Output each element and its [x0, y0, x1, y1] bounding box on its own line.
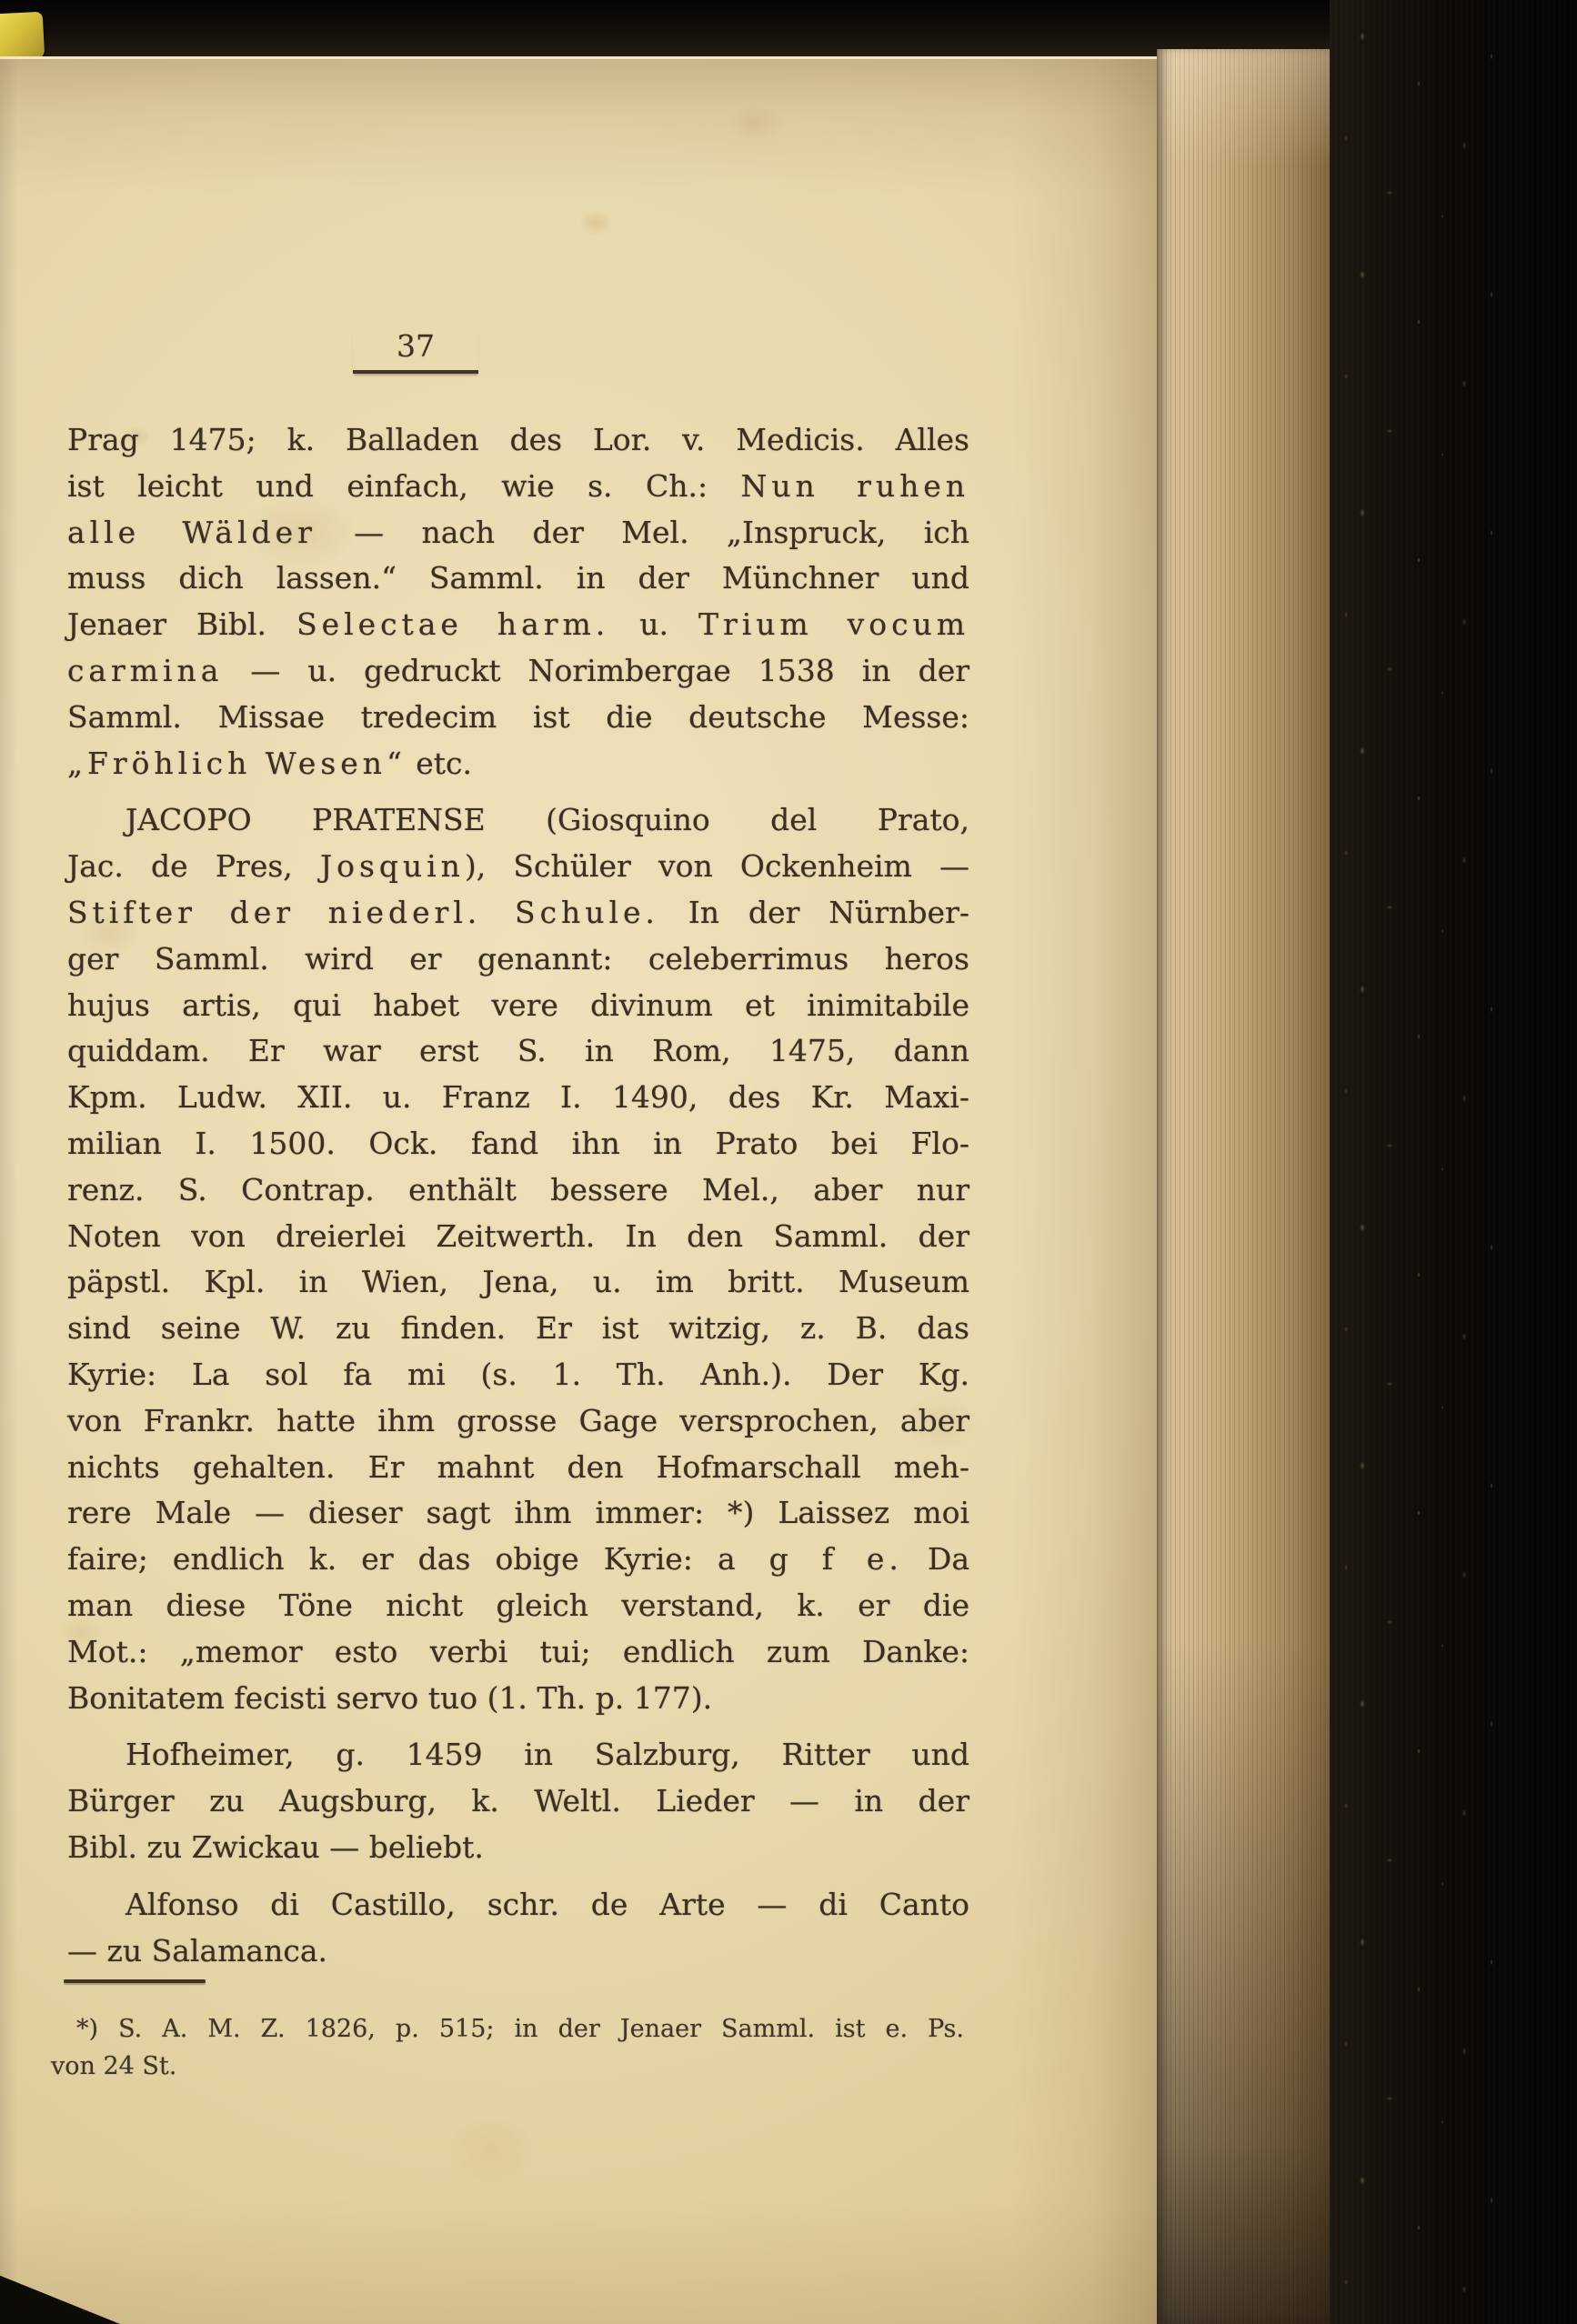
text-line: JACOPO PRATENSE (Giosquino del Prato,: [67, 797, 969, 844]
text-line: Jenaer Bibl. Selectae harm. u. Trium voc…: [67, 602, 969, 648]
letterspaced-text: Trium vocum: [698, 606, 969, 642]
text-line: Jac. de Pres, Josquin), Schüler von Ocke…: [67, 844, 969, 890]
text-line: quiddam. Er war erst S. in Rom, 1475, da…: [67, 1028, 969, 1075]
yellow-bookmark: [0, 12, 45, 62]
text-line: carmina — u. gedruckt Norimbergae 1538 i…: [67, 648, 969, 695]
text-segment: renz. S. Contrap. enthält bessere Mel., …: [67, 1172, 969, 1207]
letterspaced-text: Josquin: [320, 848, 465, 884]
text-segment: milian I. 1500. Ock. fand ihn in Prato b…: [67, 1126, 969, 1161]
text-segment: rere Male — dieser sagt ihm immer: *) La…: [67, 1495, 969, 1530]
letterspaced-text: Stifter der niederl. Schule.: [67, 895, 659, 930]
text-segment: von Frankr. hatte ihm grosse Gage verspr…: [67, 1403, 969, 1438]
text-segment: Bibl. zu Zwickau — beliebt.: [67, 1829, 484, 1865]
text-line: alle Wälder — nach der Mel. „Inspruck, i…: [67, 510, 969, 556]
text-line: Kpm. Ludw. XII. u. Franz I. 1490, des Kr…: [67, 1075, 969, 1121]
text-line: hujus artis, qui habet vere divinum et i…: [67, 983, 969, 1029]
text-line: Stifter der niederl. Schule. In der Nürn…: [67, 890, 969, 937]
text-segment: — zu Salamanca.: [67, 1933, 327, 1968]
text-segment: hujus artis, qui habet vere divinum et i…: [67, 987, 969, 1023]
text-segment: Kyrie: La sol fa mi (s. 1. Th. Anh.). De…: [67, 1357, 969, 1392]
text-line: Hofheimer, g. 1459 in Salzburg, Ritter u…: [67, 1732, 969, 1778]
text-block: Prag 1475; k. Balladen des Lor. v. Medic…: [67, 417, 969, 1974]
text-segment: — u. gedruckt Norimbergae 1538 in der: [223, 653, 969, 688]
text-segment: Bonitatem fecisti servo tuo (1. Th. p. 1…: [67, 1680, 712, 1716]
text-segment: Noten von dreierlei Zeitwerth. In den Sa…: [67, 1218, 969, 1254]
text-segment: JACOPO PRATENSE (Giosquino del Prato,: [126, 802, 969, 837]
letterspaced-text: carmina: [67, 653, 223, 688]
text-segment: In der Nürnber-: [659, 895, 969, 930]
letterspaced-text: Nun ruhen: [741, 468, 969, 504]
text-segment: Jac. de Pres,: [67, 848, 320, 884]
paragraph: Alfonso di Castillo, schr. de Arte — di …: [67, 1882, 969, 1975]
text-line: renz. S. Contrap. enthält bessere Mel., …: [67, 1167, 969, 1214]
text-segment: man diese Töne nicht gleich verstand, k.…: [67, 1588, 969, 1623]
text-segment: Prag 1475; k. Balladen des Lor. v. Medic…: [67, 422, 969, 457]
text-line: rere Male — dieser sagt ihm immer: *) La…: [67, 1490, 969, 1537]
text-line: muss dich lassen.“ Samml. in der Münchne…: [67, 556, 969, 602]
letterspaced-text: a g f e.: [718, 1541, 903, 1577]
paragraph: Prag 1475; k. Balladen des Lor. v. Medic…: [67, 417, 969, 786]
text-segment: u.: [609, 606, 698, 642]
text-segment: ger Samml. wird er genannt: celeberrimus…: [67, 941, 969, 977]
text-segment: Kpm. Ludw. XII. u. Franz I. 1490, des Kr…: [67, 1079, 969, 1115]
text-segment: Hofheimer, g. 1459 in Salzburg, Ritter u…: [126, 1737, 969, 1772]
footnote-text: *) S. A. M. Z. 1826, p. 515; in der Jena…: [51, 2010, 964, 2085]
text-line: milian I. 1500. Ock. fand ihn in Prato b…: [67, 1121, 969, 1167]
text-line: — zu Salamanca.: [67, 1928, 969, 1975]
text-line: ist leicht und einfach, wie s. Ch.: Nun …: [67, 464, 969, 510]
text-line: Bonitatem fecisti servo tuo (1. Th. p. 1…: [67, 1676, 969, 1722]
cover-marbling: [1335, 0, 1517, 2324]
book-cover-top-edge: [0, 0, 1330, 56]
text-segment: nichts gehalten. Er mahnt den Hofmarscha…: [67, 1449, 969, 1485]
text-line: Noten von dreierlei Zeitwerth. In den Sa…: [67, 1214, 969, 1260]
paragraph: Hofheimer, g. 1459 in Salzburg, Ritter u…: [67, 1732, 969, 1870]
text-line: Bürger zu Augsburg, k. Weltl. Lieder — i…: [67, 1778, 969, 1825]
text-line: päpstl. Kpl. in Wien, Jena, u. im britt.…: [67, 1259, 969, 1306]
text-line: Bibl. zu Zwickau — beliebt.: [67, 1825, 969, 1871]
text-segment: — nach der Mel. „Inspruck, ich: [316, 515, 969, 550]
text-segment: Mot.: „memor esto verbi tui; endlich zum…: [67, 1634, 969, 1669]
text-line: Kyrie: La sol fa mi (s. 1. Th. Anh.). De…: [67, 1352, 969, 1398]
text-line: ger Samml. wird er genannt: celeberrimus…: [67, 937, 969, 983]
letterspaced-text: „Fröhlich Wesen“: [67, 746, 407, 781]
footnote-separator: [64, 1979, 206, 1983]
text-line: Samml. Missae tredecim ist die deutsche …: [67, 695, 969, 741]
text-segment: ), Schüler von Ockenheim —: [465, 848, 969, 884]
text-segment: faire; endlich k. er das obige Kyrie:: [67, 1541, 718, 1577]
text-segment: etc.: [407, 746, 472, 781]
paragraph: JACOPO PRATENSE (Giosquino del Prato,Jac…: [67, 797, 969, 1721]
page-fore-edge: [1157, 49, 1330, 2324]
book-page: 37 Prag 1475; k. Balladen des Lor. v. Me…: [0, 56, 1157, 2324]
text-segment: ist leicht und einfach, wie s. Ch.:: [67, 468, 741, 504]
text-line: Alfonso di Castillo, schr. de Arte — di …: [67, 1882, 969, 1928]
text-line: nichts gehalten. Er mahnt den Hofmarscha…: [67, 1445, 969, 1491]
page-number: 37: [353, 328, 478, 374]
text-line: Mot.: „memor esto verbi tui; endlich zum…: [67, 1629, 969, 1676]
text-line: sind seine W. zu finden. Er ist witzig, …: [67, 1306, 969, 1352]
book-scan: 37 Prag 1475; k. Balladen des Lor. v. Me…: [0, 0, 1577, 2324]
text-segment: quiddam. Er war erst S. in Rom, 1475, da…: [67, 1033, 969, 1068]
text-line: man diese Töne nicht gleich verstand, k.…: [67, 1583, 969, 1629]
text-segment: Samml. Missae tredecim ist die deutsche …: [67, 699, 969, 735]
text-line: von Frankr. hatte ihm grosse Gage verspr…: [67, 1398, 969, 1445]
text-segment: sind seine W. zu finden. Er ist witzig, …: [67, 1310, 969, 1346]
footnote-line: *) S. A. M. Z. 1826, p. 515; in der Jena…: [51, 2010, 964, 2048]
text-segment: Alfonso di Castillo, schr. de Arte — di …: [126, 1887, 969, 1922]
text-line: „Fröhlich Wesen“ etc.: [67, 741, 969, 787]
footnote-line: von 24 St.: [51, 2048, 964, 2085]
text-segment: Da: [903, 1541, 969, 1577]
text-segment: päpstl. Kpl. in Wien, Jena, u. im britt.…: [67, 1264, 969, 1299]
text-segment: muss dich lassen.“ Samml. in der Münchne…: [67, 560, 969, 596]
text-line: faire; endlich k. er das obige Kyrie: a …: [67, 1537, 969, 1583]
text-line: Prag 1475; k. Balladen des Lor. v. Medic…: [67, 417, 969, 464]
letterspaced-text: Selectae harm.: [296, 606, 609, 642]
letterspaced-text: alle Wälder: [67, 515, 316, 550]
text-segment: Bürger zu Augsburg, k. Weltl. Lieder — i…: [67, 1783, 969, 1818]
text-segment: Jenaer Bibl.: [67, 606, 296, 642]
